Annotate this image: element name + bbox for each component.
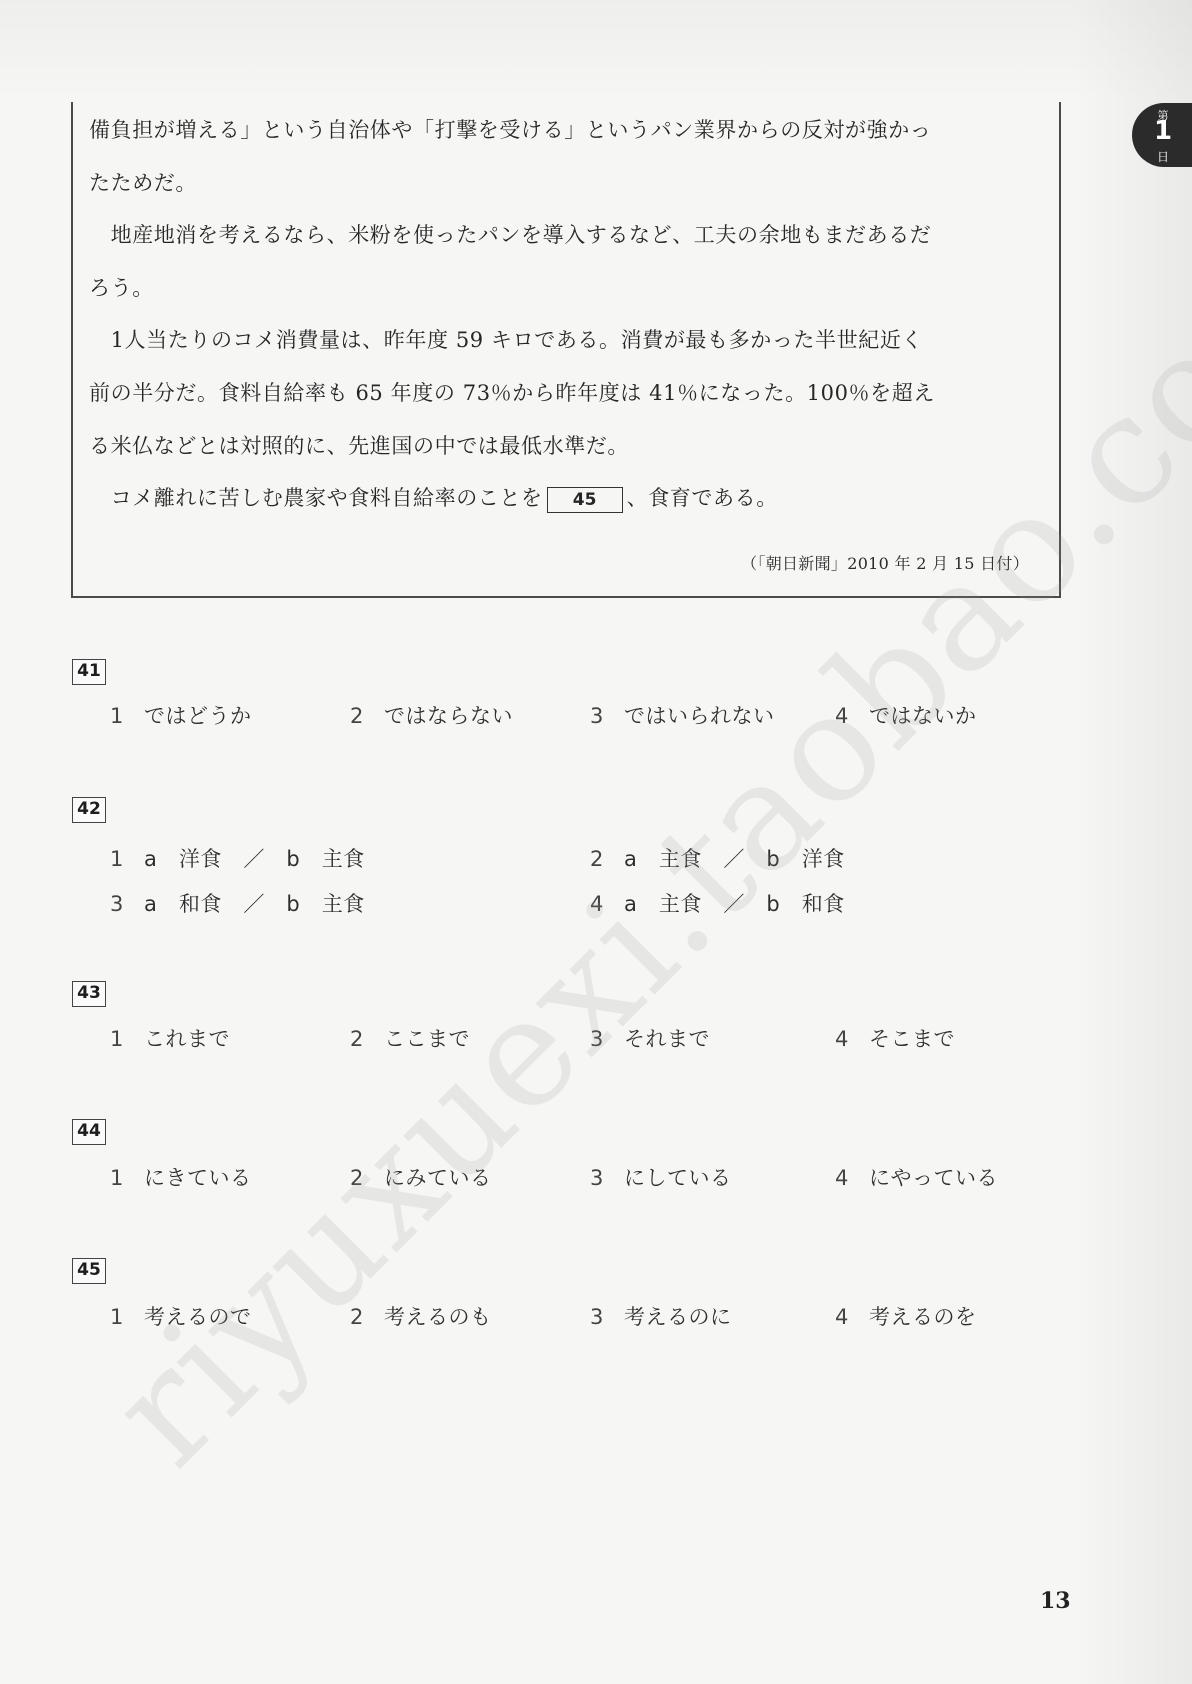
question-number-43: 43 (72, 981, 106, 1007)
option-43-2[interactable]: 2ここまで (350, 1023, 470, 1053)
option-44-4[interactable]: 4にやっている (835, 1162, 998, 1192)
question-number-42: 42 (72, 797, 106, 823)
option-number: 4 (835, 1027, 869, 1051)
chapter-tab-suffix: 日 (1150, 148, 1176, 165)
option-number: 1 (110, 847, 144, 871)
option-44-3[interactable]: 3にしている (590, 1162, 732, 1192)
option-42-4[interactable]: 4a 主食 ／ b 和食 (590, 888, 845, 918)
question-number-45: 45 (72, 1258, 106, 1284)
option-number: 3 (590, 1305, 624, 1329)
option-text: a 和食 ／ b 主食 (144, 892, 365, 916)
option-number: 2 (590, 847, 624, 871)
option-43-1[interactable]: 1これまで (110, 1023, 230, 1053)
option-text: ではならない (384, 704, 513, 728)
page-number: 13 (1040, 1588, 1071, 1614)
option-45-3[interactable]: 3考えるのに (590, 1301, 732, 1331)
option-text: ではないか (869, 704, 977, 728)
question-number-41: 41 (72, 659, 106, 685)
option-text: そこまで (869, 1027, 955, 1051)
option-text: にみている (384, 1166, 492, 1190)
option-42-3[interactable]: 3a 和食 ／ b 主食 (110, 888, 365, 918)
option-text: にきている (144, 1166, 252, 1190)
option-number: 1 (110, 1305, 144, 1329)
option-45-4[interactable]: 4考えるのを (835, 1301, 977, 1331)
option-text: にやっている (869, 1166, 998, 1190)
option-number: 2 (350, 1166, 384, 1190)
option-number: 1 (110, 1027, 144, 1051)
option-number: 4 (590, 892, 624, 916)
option-text: ここまで (384, 1027, 470, 1051)
option-number: 3 (590, 704, 624, 728)
option-42-1[interactable]: 1a 洋食 ／ b 主食 (110, 843, 365, 873)
option-text: a 主食 ／ b 和食 (624, 892, 845, 916)
chapter-tab-number: 1 (1150, 116, 1176, 146)
option-number: 2 (350, 1027, 384, 1051)
question-number-44: 44 (72, 1119, 106, 1145)
source-citation: （「朝日新聞」2010 年 2 月 15 日付） (741, 551, 1029, 574)
option-number: 1 (110, 1166, 144, 1190)
passage-line: る米仏などとは対照的に、先進国の中では最低水準だ。 (89, 432, 629, 460)
option-number: 2 (350, 704, 384, 728)
option-number: 3 (590, 1027, 624, 1051)
option-41-4[interactable]: 4ではないか (835, 700, 977, 730)
passage-line-with-blank: コメ離れに苦しむ農家や食料自給率のことを45、食育である。 (89, 484, 778, 513)
option-text: にしている (624, 1166, 732, 1190)
option-41-1[interactable]: 1ではどうか (110, 700, 252, 730)
passage-line: 地産地消を考えるなら、米粉を使ったパンを導入するなど、工夫の余地もまだあるだ (89, 221, 931, 249)
option-text: これまで (144, 1027, 230, 1051)
option-text: ではどうか (144, 704, 252, 728)
option-text: 考えるのに (624, 1305, 732, 1329)
passage-line: 前の半分だ。食料自給率も 65 年度の 73％から昨年度は 41％になった。10… (89, 379, 935, 407)
option-45-1[interactable]: 1考えるので (110, 1301, 252, 1331)
option-text: 考えるのを (869, 1305, 977, 1329)
option-number: 1 (110, 704, 144, 728)
chapter-tab: 第 1 日 (1132, 103, 1192, 167)
option-43-4[interactable]: 4そこまで (835, 1023, 955, 1053)
answer-blank-45[interactable]: 45 (547, 487, 623, 513)
option-44-2[interactable]: 2にみている (350, 1162, 492, 1192)
option-44-1[interactable]: 1にきている (110, 1162, 252, 1192)
passage-line: 1人当たりのコメ消費量は、昨年度 59 キロである。消費が最も多かった半世紀近く (89, 326, 923, 354)
option-text: それまで (624, 1027, 710, 1051)
option-number: 4 (835, 704, 869, 728)
option-text: ではいられない (624, 704, 775, 728)
passage-text-before-blank: コメ離れに苦しむ農家や食料自給率のことを (89, 486, 543, 510)
option-text: a 洋食 ／ b 主食 (144, 847, 365, 871)
passage-line: ろう。 (89, 274, 154, 302)
passage-text-after-blank: 、食育である。 (627, 486, 778, 510)
reading-passage-box: 備負担が増える」という自治体や「打撃を受ける」というパン業界からの反対が強かっ … (71, 102, 1061, 598)
option-42-2[interactable]: 2a 主食 ／ b 洋食 (590, 843, 845, 873)
option-number: 4 (835, 1166, 869, 1190)
option-text: 考えるので (144, 1305, 252, 1329)
option-45-2[interactable]: 2考えるのも (350, 1301, 492, 1331)
option-text: a 主食 ／ b 洋食 (624, 847, 845, 871)
option-41-3[interactable]: 3ではいられない (590, 700, 775, 730)
option-number: 2 (350, 1305, 384, 1329)
option-number: 4 (835, 1305, 869, 1329)
option-43-3[interactable]: 3それまで (590, 1023, 710, 1053)
passage-line: たためだ。 (89, 169, 197, 197)
option-number: 3 (110, 892, 144, 916)
option-text: 考えるのも (384, 1305, 492, 1329)
option-number: 3 (590, 1166, 624, 1190)
option-41-2[interactable]: 2ではならない (350, 700, 513, 730)
passage-line: 備負担が増える」という自治体や「打撃を受ける」というパン業界からの反対が強かっ (89, 116, 931, 144)
